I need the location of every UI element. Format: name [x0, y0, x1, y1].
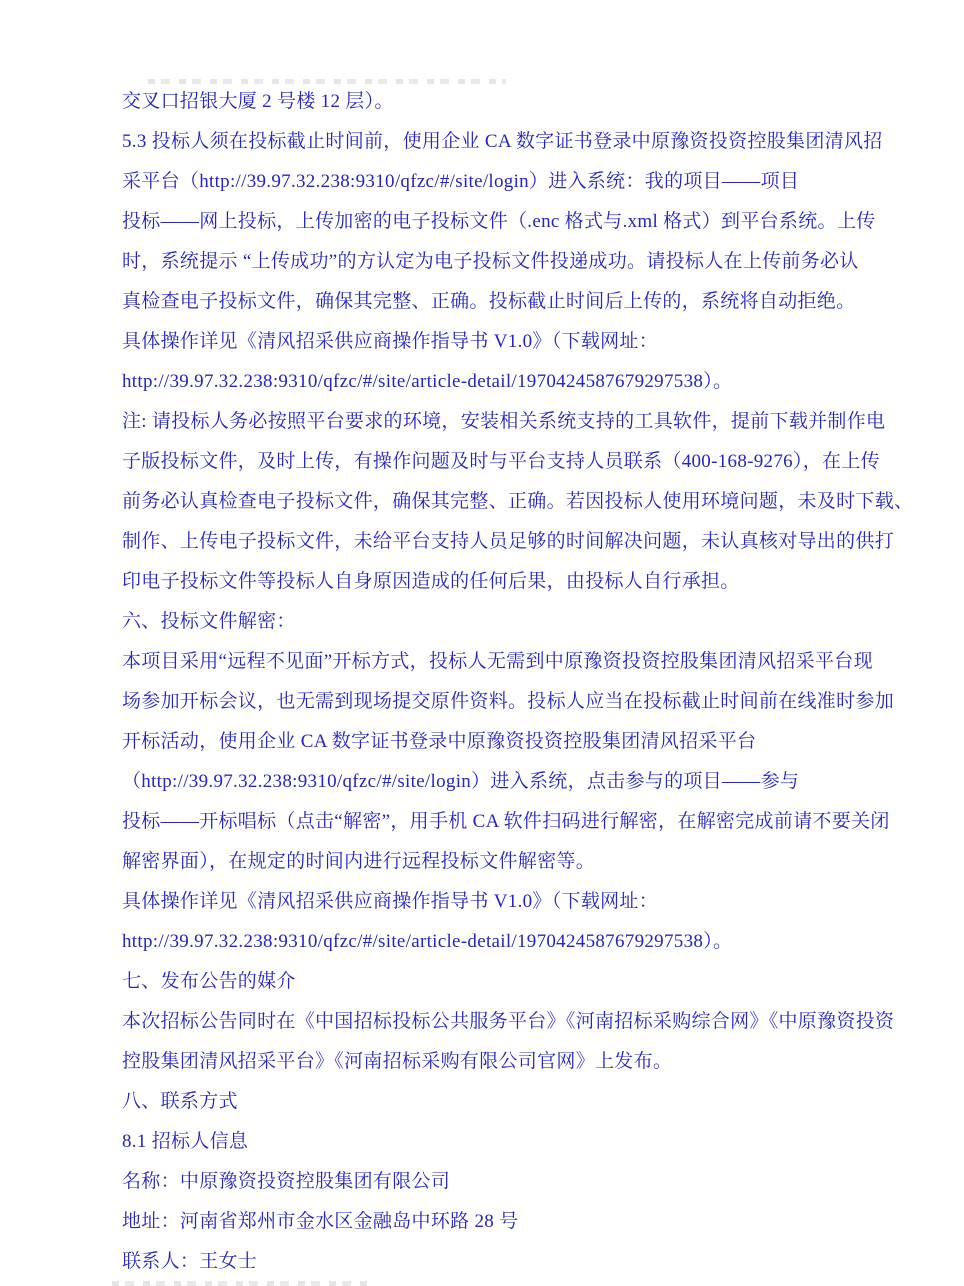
body-text-line: 解密界面），在规定的时间内进行远程投标文件解密等。 [122, 842, 870, 882]
document-page: 交叉口招银大厦 2 号楼 12 层）。 5.3 投标人须在投标截止时间前，使用企… [0, 0, 964, 1286]
document-text-block: 交叉口招银大厦 2 号楼 12 层）。 5.3 投标人须在投标截止时间前，使用企… [122, 82, 870, 1282]
bidder-address-line: 地址：河南省郑州市金水区金融岛中环路 28 号 [122, 1202, 870, 1242]
body-text-line: 真检查电子投标文件，确保其完整、正确。投标截止时间后上传的，系统将自动拒绝。 [122, 282, 870, 322]
body-text-line: 投标——开标唱标（点击“解密”，用手机 CA 软件扫码进行解密，在解密完成前请不… [122, 802, 870, 842]
section-heading-contact: 八、联系方式 [122, 1082, 870, 1122]
body-text-line: 场参加开标会议，也无需到现场提交原件资料。投标人应当在投标截止时间前在线准时参加 [122, 682, 870, 722]
body-text-line: 采平台（http://39.97.32.238:9310/qfzc/#/site… [122, 162, 870, 202]
body-text-line: 具体操作详见《清风招采供应商操作指导书 V1.0》（下载网址： [122, 882, 870, 922]
body-text-line: （http://39.97.32.238:9310/qfzc/#/site/lo… [122, 762, 870, 802]
section-heading-media: 七、发布公告的媒介 [122, 962, 870, 1002]
body-text-line: 印电子投标文件等投标人自身原因造成的任何后果，由投标人自行承担。 [122, 562, 870, 602]
body-text-line: 控股集团清风招采平台》《河南招标采购有限公司官网》上发布。 [122, 1042, 870, 1082]
body-text-line: 本项目采用“远程不见面”开标方式，投标人无需到中原豫资投资控股集团清风招采平台现 [122, 642, 870, 682]
body-text-line: 制作、上传电子投标文件，未给平台支持人员足够的时间解决问题，未认真核对导出的供打 [122, 522, 870, 562]
subsection-heading-bidder-info: 8.1 招标人信息 [122, 1122, 870, 1162]
body-text-line: 交叉口招银大厦 2 号楼 12 层）。 [122, 82, 870, 122]
body-text-line: 投标——网上投标，上传加密的电子投标文件（.enc 格式与.xml 格式）到平台… [122, 202, 870, 242]
bidder-contact-line: 联系人：王女士 [122, 1242, 870, 1282]
body-text-line: 5.3 投标人须在投标截止时间前，使用企业 CA 数字证书登录中原豫资投资控股集… [122, 122, 870, 162]
body-text-line: 时，系统提示 “上传成功”的方认定为电子投标文件投递成功。请投标人在上传前务必认 [122, 242, 870, 282]
body-text-line: 开标活动，使用企业 CA 数字证书登录中原豫资投资控股集团清风招采平台 [122, 722, 870, 762]
body-text-line: 前务必认真检查电子投标文件，确保其完整、正确。若因投标人使用环境问题，未及时下载… [122, 482, 870, 522]
body-text-line: 子版投标文件，及时上传，有操作问题及时与平台支持人员联系（400-168-927… [122, 442, 870, 482]
bidder-name-line: 名称：中原豫资投资控股集团有限公司 [122, 1162, 870, 1202]
download-url-line: http://39.97.32.238:9310/qfzc/#/site/art… [122, 362, 870, 402]
body-text-line: 具体操作详见《清风招采供应商操作指导书 V1.0》（下载网址： [122, 322, 870, 362]
download-url-line: http://39.97.32.238:9310/qfzc/#/site/art… [122, 922, 870, 962]
cropped-line-artifact-bottom [112, 1281, 367, 1286]
body-text-line: 本次招标公告同时在《中国招标投标公共服务平台》《河南招标采购综合网》《中原豫资投… [122, 1002, 870, 1042]
note-text-line: 注: 请投标人务必按照平台要求的环境，安装相关系统支持的工具软件，提前下载并制作… [122, 402, 870, 442]
section-heading-decrypt: 六、投标文件解密： [122, 602, 870, 642]
